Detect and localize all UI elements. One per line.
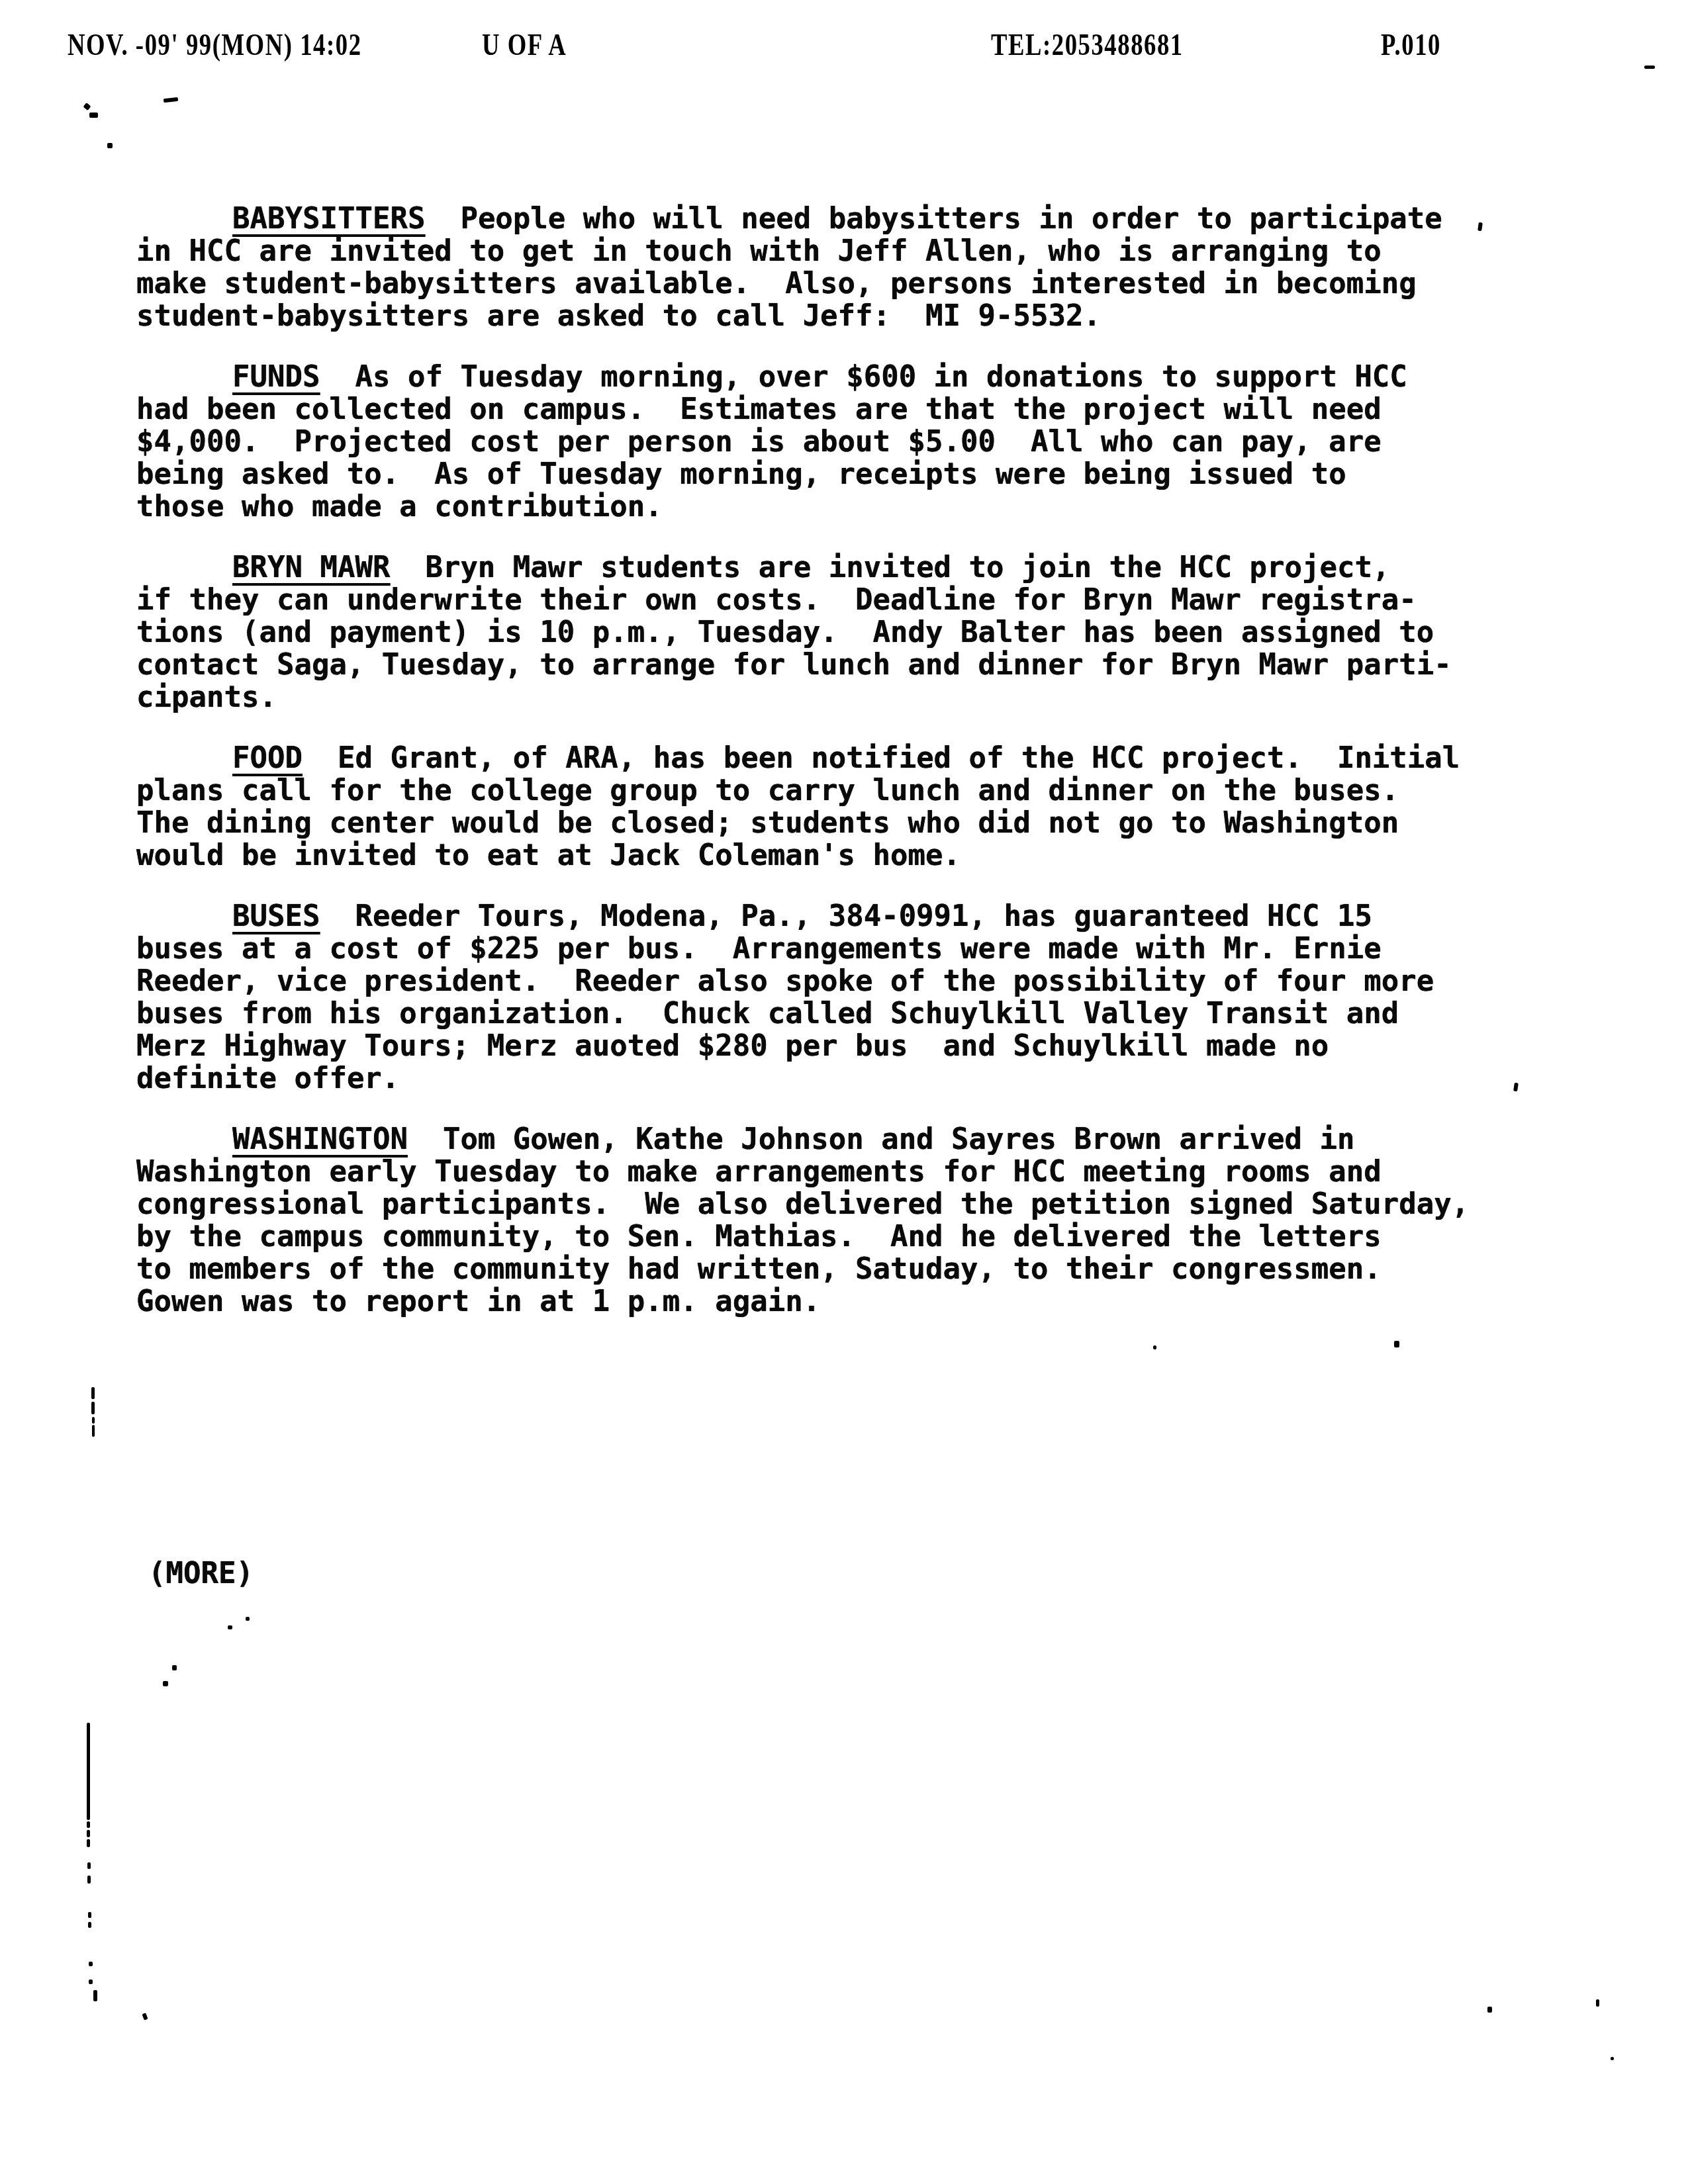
scan-noise-mark <box>89 1962 93 1966</box>
paragraph-first-line: WASHINGTON Tom Gowen, Kathe Johnson and … <box>136 1123 1593 1156</box>
heading-washington: WASHINGTON <box>232 1122 408 1156</box>
scan-noise-mark <box>172 1665 177 1670</box>
paragraph-line: to members of the community had written,… <box>136 1253 1593 1285</box>
paragraph-line: in HCC are invited to get in touch with … <box>136 235 1593 267</box>
paragraph-first-line: FOOD Ed Grant, of ARA, has been notified… <box>136 742 1593 774</box>
paragraph-line: congressional participants. We also deli… <box>136 1188 1593 1220</box>
scan-noise-mark <box>87 1839 90 1847</box>
heading-buses: BUSES <box>232 899 320 933</box>
scan-noise-mark <box>1644 66 1655 69</box>
scan-noise-mark <box>164 97 179 103</box>
paragraph-first-line: BUSES Reeder Tours, Modena, Pa., 384-099… <box>136 900 1593 933</box>
paragraph-line: those who made a contribution. <box>136 490 1593 523</box>
fax-page: NOV. -09' 99(MON) 14:02 U OF A TEL:20534… <box>0 0 1688 2184</box>
paragraph-line: Gowen was to report in at 1 p.m. again. <box>136 1285 1593 1318</box>
fax-header: NOV. -09' 99(MON) 14:02 U OF A TEL:20534… <box>0 0 1688 79</box>
paragraph-text: Bryn Mawr students are invited to join t… <box>390 551 1389 584</box>
paragraph-text: Reeder Tours, Modena, Pa., 384-0991, has… <box>320 899 1372 933</box>
scan-noise-mark <box>87 1830 90 1837</box>
fax-datetime: NOV. -09' 99(MON) 14:02 <box>68 28 362 62</box>
paragraph-line: would be invited to eat at Jack Coleman'… <box>136 839 1593 872</box>
scan-noise-mark <box>87 1821 90 1828</box>
paragraph-line: being asked to. As of Tuesday morning, r… <box>136 458 1593 490</box>
scan-noise-mark <box>91 1402 95 1414</box>
heading-food: FOOD <box>232 741 303 775</box>
paragraph-line: Washington early Tuesday to make arrange… <box>136 1156 1593 1188</box>
scan-noise-mark <box>88 1912 91 1918</box>
paragraph-buses: BUSES Reeder Tours, Modena, Pa., 384-099… <box>136 900 1593 1095</box>
paragraph-line: plans call for the college group to carr… <box>136 774 1593 807</box>
paragraph-washington: WASHINGTON Tom Gowen, Kathe Johnson and … <box>136 1123 1593 1318</box>
scan-noise-mark <box>1394 1341 1399 1347</box>
fax-page-number: P.010 <box>1381 28 1441 62</box>
scan-noise-mark <box>89 113 98 118</box>
paragraph-line: $4,000. Projected cost per person is abo… <box>136 426 1593 458</box>
paragraph-line: student-babysitters are asked to call Je… <box>136 300 1593 332</box>
paragraph-text: Ed Grant, of ARA, has been notified of t… <box>303 741 1460 775</box>
scan-noise-mark <box>89 1979 93 1984</box>
scan-noise-mark <box>1596 1999 1599 2007</box>
scan-noise-mark <box>1153 1345 1156 1349</box>
heading-funds: FUNDS <box>232 360 320 394</box>
paragraph-text: As of Tuesday morning, over $600 in dona… <box>320 360 1407 394</box>
paragraph-line: had been collected on campus. Estimates … <box>136 393 1593 426</box>
paragraph-line: buses from his organization. Chuck calle… <box>136 997 1593 1030</box>
paragraph-line: The dining center would be closed; stude… <box>136 807 1593 839</box>
paragraph-line: Reeder, vice president. Reeder also spok… <box>136 965 1593 997</box>
scan-noise-mark <box>107 143 113 148</box>
scan-noise-mark <box>87 1723 90 1820</box>
scan-noise-mark <box>92 1425 95 1437</box>
heading-babysitters: BABYSITTERS <box>232 202 425 236</box>
paragraph-babysitters: BABYSITTERS People who will need babysit… <box>136 203 1593 332</box>
paragraph-line: make student-babysitters available. Also… <box>136 267 1593 300</box>
paragraph-line: cipants. <box>136 681 1593 713</box>
scan-noise-mark <box>93 1990 97 2001</box>
continuation-marker: (MORE) <box>148 1557 254 1590</box>
scan-noise-mark <box>83 103 91 111</box>
document-body: BABYSITTERS People who will need babysit… <box>136 203 1593 1346</box>
paragraph-text: People who will need babysitters in orde… <box>425 202 1442 236</box>
paragraph-line: definite offer. <box>136 1062 1593 1095</box>
fax-tel-number: TEL:2053488681 <box>991 28 1184 62</box>
scan-noise-mark <box>87 1862 91 1869</box>
paragraph-food: FOOD Ed Grant, of ARA, has been notified… <box>136 742 1593 872</box>
fax-station-id: U OF A <box>482 28 567 62</box>
scan-noise-mark <box>142 2013 148 2020</box>
paragraph-line: contact Saga, Tuesday, to arrange for lu… <box>136 649 1593 681</box>
paragraph-line: Merz Highway Tours; Merz auoted $280 per… <box>136 1030 1593 1062</box>
paragraph-bryn-mawr: BRYN MAWR Bryn Mawr students are invited… <box>136 551 1593 713</box>
paragraph-line: tions (and payment) is 10 p.m., Tuesday.… <box>136 616 1593 649</box>
scan-noise-mark <box>246 1617 250 1621</box>
scan-noise-mark <box>92 1417 95 1424</box>
scan-noise-mark <box>1611 2057 1614 2060</box>
paragraph-text: Tom Gowen, Kathe Johnson and Sayres Brow… <box>408 1122 1354 1156</box>
paragraph-line: buses at a cost of $225 per bus. Arrange… <box>136 933 1593 965</box>
scan-noise-mark <box>88 1922 91 1928</box>
heading-bryn-mawr: BRYN MAWR <box>232 551 390 584</box>
scan-noise-mark <box>1487 2007 1492 2013</box>
paragraph-funds: FUNDS As of Tuesday morning, over $600 i… <box>136 361 1593 523</box>
paragraph-first-line: FUNDS As of Tuesday morning, over $600 i… <box>136 361 1593 393</box>
paragraph-line: by the campus community, to Sen. Mathias… <box>136 1220 1593 1253</box>
scan-noise-mark <box>87 1876 91 1884</box>
scan-noise-mark <box>91 1387 95 1399</box>
paragraph-line: if they can underwrite their own costs. … <box>136 584 1593 616</box>
scan-noise-mark <box>163 1681 168 1686</box>
paragraph-first-line: BABYSITTERS People who will need babysit… <box>136 203 1593 235</box>
scan-noise-mark <box>228 1625 232 1629</box>
paragraph-first-line: BRYN MAWR Bryn Mawr students are invited… <box>136 551 1593 584</box>
